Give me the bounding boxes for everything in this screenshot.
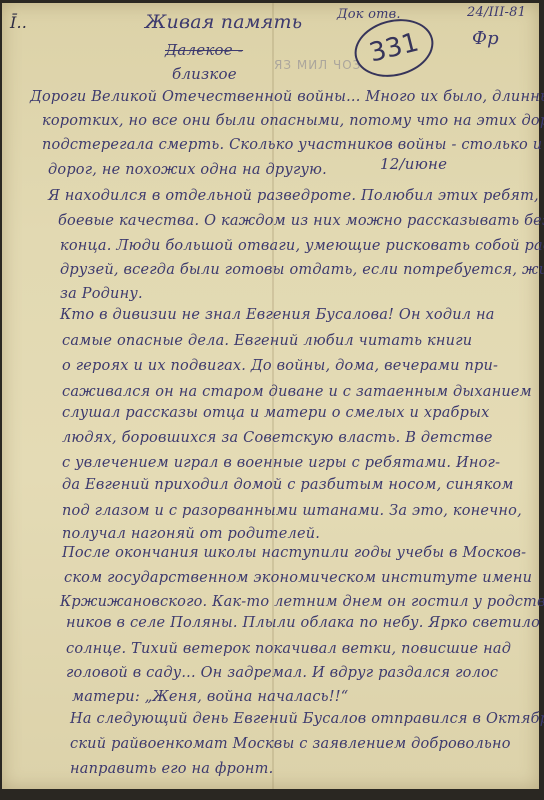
text-line: солнце. Тихий ветерок покачивал ветки, п… — [66, 641, 511, 657]
document-title: Живая память — [145, 11, 302, 33]
stamp-number: 331 — [348, 11, 439, 85]
archive-label: Док отв. — [337, 7, 401, 22]
text-line: под глазом и с разорванными штанами. За … — [62, 503, 522, 519]
text-line: На следующий день Евгений Бусалов отправ… — [70, 711, 544, 727]
text-line: Кто в дивизии не знал Евгения Бусалова! … — [60, 307, 495, 323]
archive-date: 24/III-81 — [467, 5, 526, 20]
text-line: дорог, не похожих одна на другую. — [48, 162, 327, 178]
document-page: Ī.. Живая память Далекое - близкое ЯЗ МИ… — [2, 3, 539, 789]
text-line: Кржижановского. Как-то летним днем он го… — [60, 594, 544, 610]
text-line: После окончания школы наступили годы уче… — [62, 545, 526, 561]
text-line: за Родину. — [60, 286, 143, 302]
text-line: слушал рассказы отца и матери о смелых и… — [62, 405, 489, 421]
corner-mark: Ī.. — [10, 13, 27, 32]
text-line: направить его на фронт. — [70, 761, 273, 777]
text-line: ском государственном экономическом инсти… — [64, 570, 532, 586]
document-subtitle: близкое — [172, 65, 237, 83]
margin-note: 12/июне — [380, 155, 447, 173]
text-line: о героях и их подвигах. До войны, дома, … — [62, 358, 498, 374]
text-line: конца. Люди большой отваги, умеющие риск… — [60, 238, 544, 254]
text-line: боевые качества. О каждом из них можно р… — [58, 213, 544, 229]
struck-subtitle: Далекое - — [165, 41, 243, 59]
text-line: с увлечением играл в военные игры с ребя… — [62, 455, 500, 471]
text-line: людях, боровшихся за Советскую власть. В… — [62, 430, 493, 446]
text-line: матери: „Женя, война началась!!“ — [72, 689, 348, 705]
signature: Фр — [472, 28, 499, 49]
text-line: друзей, всегда были готовы отдать, если … — [60, 262, 544, 278]
text-line: коротких, но все они были опасными, пото… — [42, 113, 544, 129]
text-line: Я находился в отдельной разведроте. Полю… — [48, 188, 544, 204]
faint-stamp: ЯЗ МИЛ ЧОЗ — [274, 58, 361, 72]
text-line: саживался он на старом диване и с затаен… — [62, 384, 532, 400]
text-line: головой в саду... Он задремал. И вдруг р… — [66, 665, 498, 681]
text-line: самые опасные дела. Евгений любил читать… — [62, 333, 472, 349]
text-line: подстерегала смерть. Сколько участников … — [42, 137, 542, 153]
text-line: Дороги Великой Отечественной войны... Мн… — [30, 89, 544, 105]
text-line: ский райвоенкомат Москвы с заявлением до… — [70, 736, 511, 752]
text-line: ников в селе Поляны. Плыли облака по неб… — [66, 615, 540, 631]
text-line: получал нагоняй от родителей. — [62, 526, 320, 542]
text-line: да Евгений приходил домой с разбитым нос… — [62, 477, 514, 493]
